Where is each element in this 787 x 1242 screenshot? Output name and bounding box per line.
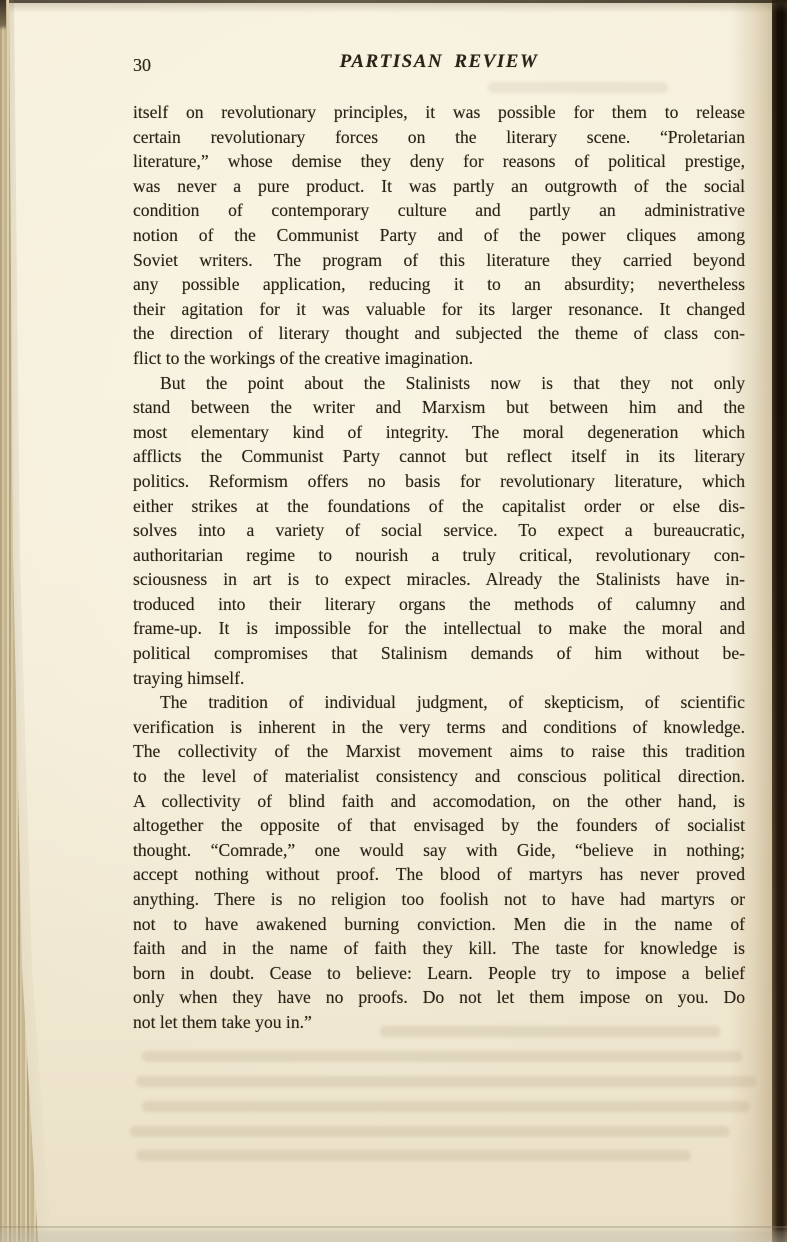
text-line: literature,” whose demise they deny for … <box>133 149 745 174</box>
text-block: itself on revolutionary principles, it w… <box>133 100 745 1035</box>
running-header-title: PARTISAN REVIEW <box>133 51 745 73</box>
text-line: certain revolutionary forces on the lite… <box>133 125 745 150</box>
bleed-through-smudge <box>130 1126 730 1137</box>
text-line: politics. Reformism offers no basis for … <box>133 469 745 494</box>
text-line: stand between the writer and Marxism but… <box>133 395 745 420</box>
text-line: traying himself. <box>133 666 745 691</box>
text-line: not let them take you in.” <box>133 1010 745 1035</box>
text-line: accept nothing without proof. The blood … <box>133 862 745 887</box>
text-line: authoritarian regime to nourish a truly … <box>133 543 745 568</box>
bleed-through-smudge <box>136 1150 691 1161</box>
bottom-edge-band <box>0 1226 787 1242</box>
text-line: The tradition of individual judgment, of… <box>133 690 745 715</box>
text-line: any possible application, reducing it to… <box>133 272 745 297</box>
text-line: afflicts the Communist Party cannot but … <box>133 444 745 469</box>
text-line: verification is inherent in the very ter… <box>133 715 745 740</box>
text-line: faith and in the name of faith they kill… <box>133 936 745 961</box>
text-line: thought. “Comrade,” one would say with G… <box>133 838 745 863</box>
text-line: anything. There is no religion too fooli… <box>133 887 745 912</box>
bleed-through-smudge <box>142 1101 750 1112</box>
text-line: solves into a variety of social service.… <box>133 518 745 543</box>
text-line: not to have awakened burning conviction.… <box>133 912 745 937</box>
text-line: was never a pure product. It was partly … <box>133 174 745 199</box>
text-line: political compromises that Stalinism dem… <box>133 641 745 666</box>
text-line: born in doubt. Cease to believe: Learn. … <box>133 961 745 986</box>
top-left-corner-shadow <box>0 0 6 30</box>
top-edge-shadow <box>0 3 787 13</box>
paragraph: But the point about the Stalinists now i… <box>133 371 745 691</box>
text-line: the direction of literary thought and su… <box>133 321 745 346</box>
text-line: either strikes at the foundations of the… <box>133 494 745 519</box>
scanned-book-page: 30 PARTISAN REVIEW itself on revolutiona… <box>0 0 787 1242</box>
text-line: condition of contemporary culture and pa… <box>133 198 745 223</box>
book-spine-edge <box>772 0 787 1242</box>
text-line: The collectivity of the Marxist movement… <box>133 739 745 764</box>
text-line: notion of the Communist Party and of the… <box>133 223 745 248</box>
text-line: A collectivity of blind faith and accomo… <box>133 789 745 814</box>
text-line: But the point about the Stalinists now i… <box>133 371 745 396</box>
text-line: flict to the workings of the creative im… <box>133 346 745 371</box>
bleed-through-smudge <box>142 1051 742 1062</box>
text-line: their agitation for it was valuable for … <box>133 297 745 322</box>
text-line: to the level of materialist consistency … <box>133 764 745 789</box>
bleed-through-smudge <box>488 82 668 93</box>
paragraph: The tradition of individual judgment, of… <box>133 690 745 1034</box>
text-line: frame-up. It is impossible for the intel… <box>133 616 745 641</box>
text-line: troduced into their literary organs the … <box>133 592 745 617</box>
text-line: Soviet writers. The program of this lite… <box>133 248 745 273</box>
text-line: itself on revolutionary principles, it w… <box>133 100 745 125</box>
text-line: sciousness in art is to expect miracles.… <box>133 567 745 592</box>
text-line: most elementary kind of integrity. The m… <box>133 420 745 445</box>
text-line: only when they have no proofs. Do not le… <box>133 985 745 1010</box>
paragraph: itself on revolutionary principles, it w… <box>133 100 745 371</box>
text-line: altogether the opposite of that envisage… <box>133 813 745 838</box>
bleed-through-smudge <box>136 1076 756 1087</box>
